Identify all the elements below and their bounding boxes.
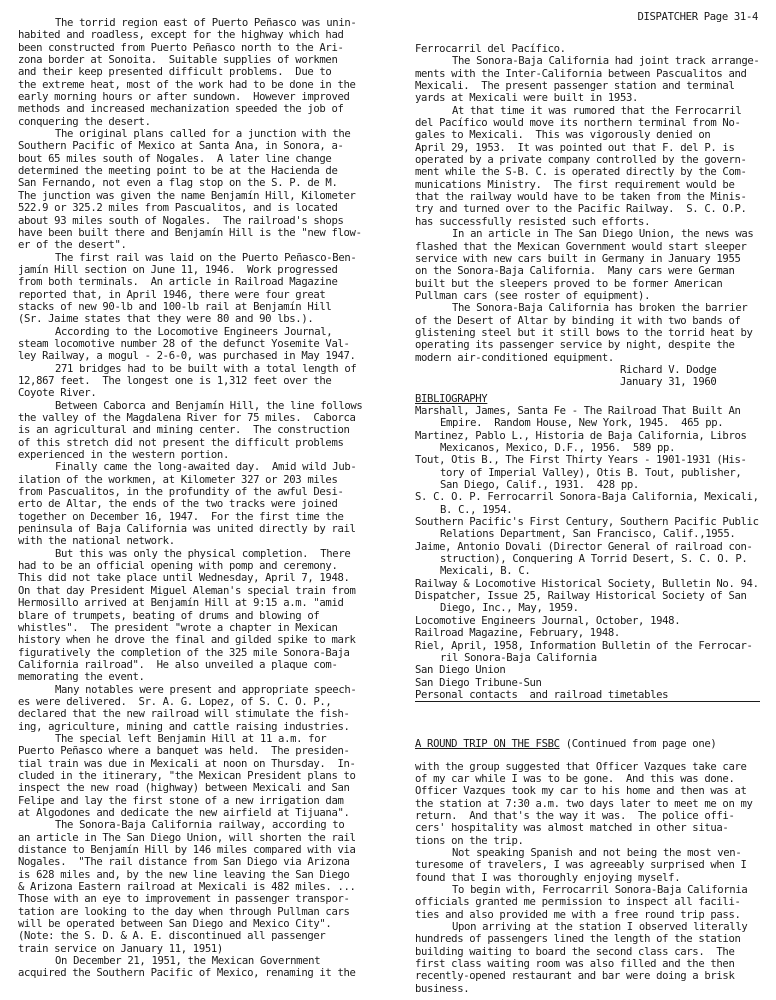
text-line: try and turned over to the Pacific Railw…	[415, 203, 765, 215]
text-line: & Arizona Eastern railroad at Mexicali i…	[18, 881, 388, 893]
text-line: has successfully resisted such efforts.	[415, 216, 765, 228]
bibliography-line: Railroad Magazine, February, 1948.	[415, 627, 760, 639]
text-line: turesome of travelers, I was agreeably s…	[415, 859, 765, 871]
bibliography-entry: San Diego Union	[415, 664, 760, 676]
text-line: and their keep presented difficult probl…	[18, 66, 388, 78]
text-line: gales to Mexicali. This was vigorously d…	[415, 129, 765, 141]
text-line: hundreds of passengers lined the length …	[415, 933, 765, 945]
text-line: stacks of new 90-lb and 100-lb rail at B…	[18, 301, 388, 313]
bibliography-line: Tout, Otis B., The First Thirty Years - …	[415, 454, 760, 466]
text-line: train service on January 11, 1951)	[18, 943, 388, 955]
text-line: The Sonora-Baja California has broken th…	[415, 302, 765, 314]
text-line: In an article in The San Diego Union, th…	[415, 228, 765, 240]
section-subtitle: (Continued from page one)	[560, 738, 717, 750]
bibliography-line: Mexicanos, Mexico, D.F., 1956. 589 pp.	[415, 442, 760, 454]
article-continuation: Ferrocarril del Pacífico.The Sonora-Baja…	[415, 43, 765, 364]
bibliography-entry: Tout, Otis B., The First Thirty Years - …	[415, 454, 760, 491]
text-line: built but the sleepers proved to be form…	[415, 278, 765, 290]
text-line: Puerto Peñasco where a banquet was held.…	[18, 745, 388, 757]
bibliography-line: Jaime, Antonio Dovali (Director General …	[415, 541, 760, 553]
document-page: DISPATCHER Page 31-4 The torrid region e…	[0, 0, 776, 1000]
bibliography-line: Empire. Random House, New York, 1945. 46…	[415, 417, 760, 429]
text-line: operating its passenger service by night…	[415, 339, 765, 351]
text-line: inspect the new road (highway) between M…	[18, 782, 388, 794]
text-line: To begin with, Ferrocarril Sonora-Baja C…	[415, 884, 765, 896]
text-line: ing, agriculture, mining and cattle rais…	[18, 721, 388, 733]
bibliography-entry: Railroad Magazine, February, 1948.	[415, 627, 760, 639]
bibliography-line: Martinez, Pablo L., Historia de Baja Cal…	[415, 430, 760, 442]
text-line: The original plans called for a junction…	[18, 128, 388, 140]
text-line: found that I was thoroughly enjoying mys…	[415, 872, 765, 884]
continued-section-body: with the group suggested that Officer Va…	[415, 761, 765, 996]
text-line: er of the desert".	[18, 239, 388, 251]
bibliography-line: San Diego Tribune-Sun	[415, 677, 760, 689]
bibliography-line: Railway & Locomotive Historical Society,…	[415, 578, 760, 590]
text-line: zona border at Sonoita. Suitable supplie…	[18, 54, 388, 66]
bibliography-entry: Riel, April, 1958, Information Bulletin …	[415, 640, 760, 665]
text-line: The special left Benjamin Hill at 11 a.m…	[18, 733, 388, 745]
text-line: ment while the S-B. C. is operated direc…	[415, 166, 765, 178]
bibliography-line: Riel, April, 1958, Information Bulletin …	[415, 640, 760, 652]
text-line: Those with an eye to improvement in pass…	[18, 893, 388, 905]
text-line: April 29, 1953. It was pointed out that …	[415, 142, 765, 154]
text-line: 12,867 feet. The longest one is 1,312 fe…	[18, 375, 388, 387]
bibliography-line: San Diego, Calif., 1931. 428 pp.	[415, 479, 760, 491]
text-line: This did not take place until Wednesday,…	[18, 572, 388, 584]
text-line: had to be an official opening with pomp …	[18, 560, 388, 572]
text-line: the valley of the Magdalena River for 75…	[18, 412, 388, 424]
bibliography-entry: San Diego Tribune-Sun	[415, 677, 760, 689]
text-line: Upon arriving at the station I observed …	[415, 921, 765, 933]
text-line: is an agricultural and mining center. Th…	[18, 424, 388, 436]
text-line: on the Sonora-Baja California. Many cars…	[415, 265, 765, 277]
text-line: (Note: the S. D. & A. E. discontinued al…	[18, 930, 388, 942]
text-line: from both terminals. An article in Railr…	[18, 276, 388, 288]
text-line: ley Railway, a mogul - 2-6-0, was purcha…	[18, 350, 388, 362]
text-line: operated by a private company controlled…	[415, 154, 765, 166]
bibliography: BIBLIOGRAPHY Marshall, James, Santa Fe -…	[415, 393, 765, 703]
bibliography-line: B. C., 1954.	[415, 504, 760, 516]
text-line: bout 65 miles south of Nogales. A later …	[18, 153, 388, 165]
text-line: with the national network.	[18, 535, 388, 547]
bibliography-list: Marshall, James, Santa Fe - The Railroad…	[415, 405, 760, 702]
text-line: Pullman cars (see roster of equipment).	[415, 290, 765, 302]
text-line: munications Ministry. The first requirem…	[415, 179, 765, 191]
text-line: declared that the new railroad will stim…	[18, 708, 388, 720]
text-line: California railroad". He also unveiled a…	[18, 659, 388, 671]
text-line: will be operated between San Diego and M…	[18, 918, 388, 930]
text-line: Nogales. "The rail distance from San Die…	[18, 856, 388, 868]
text-line: of my car while I was to be gone. And th…	[415, 773, 765, 785]
text-line: the extreme heat, most of the work had t…	[18, 79, 388, 91]
text-line: San Fernando, not even a flag stop on th…	[18, 177, 388, 189]
bibliography-line: Diego, Inc., May, 1959.	[415, 602, 760, 614]
bibliography-entry: Railway & Locomotive Historical Society,…	[415, 578, 760, 590]
text-line: Officer Vazques took my car to his home …	[415, 785, 765, 797]
text-line: conquering the desert.	[18, 116, 388, 128]
text-line: (Sr. Jaime states that they were 80 and …	[18, 313, 388, 325]
signature-author: Richard V. Dodge	[415, 364, 765, 376]
text-line: at Algodones and dedicate the new airfie…	[18, 807, 388, 819]
text-line: The torrid region east of Puerto Peñasco…	[18, 17, 388, 29]
text-line: been constructed from Puerto Peñasco nor…	[18, 42, 388, 54]
bibliography-line: San Diego Union	[415, 664, 760, 676]
text-line: have been built there and Benjamín Hill …	[18, 227, 388, 239]
text-line: determined the meeting point to be at th…	[18, 165, 388, 177]
bibliography-line: Personal contacts and railroad timetable…	[415, 689, 760, 701]
text-line: of this stretch did not present the diff…	[18, 437, 388, 449]
text-line: According to the Locomotive Engineers Jo…	[18, 326, 388, 338]
bibliography-line: S. C. O. P. Ferrocarril Sonora-Baja Cali…	[415, 491, 760, 503]
text-line: But this was only the physical completio…	[18, 548, 388, 560]
bibliography-line: struction), Conquering A Torrid Desert, …	[415, 553, 760, 565]
text-line: history when he drove the final and gild…	[18, 634, 388, 646]
bibliography-entry: Locomotive Engineers Journal, October, 1…	[415, 615, 760, 627]
text-line: recently-opened restaurant and bar were …	[415, 970, 765, 982]
text-line: Not speaking Spanish and not being the m…	[415, 847, 765, 859]
continued-section-heading: A ROUND TRIP ON THE FSBC (Continued from…	[415, 738, 765, 750]
text-line: At that time it was rumored that the Fer…	[415, 105, 765, 117]
text-line: modern air-conditioned equipment.	[415, 352, 765, 364]
bibliography-entry: Martinez, Pablo L., Historia de Baja Cal…	[415, 430, 760, 455]
bibliography-entry: Dispatcher, Issue 25, Railway Historical…	[415, 590, 760, 615]
text-line: officials granted me permission to inspe…	[415, 896, 765, 908]
text-line: Ferrocarril del Pacífico.	[415, 43, 765, 55]
text-line: blare of trumpets, beating of drums and …	[18, 610, 388, 622]
bibliography-entry: Personal contacts and railroad timetable…	[415, 689, 760, 701]
bibliography-line: Mexicali, B. C.	[415, 565, 760, 577]
text-line: memorating the event.	[18, 671, 388, 683]
text-line: acquired the Southern Pacific of Mexico,…	[18, 967, 388, 979]
bibliography-line: Marshall, James, Santa Fe - The Railroad…	[415, 405, 760, 417]
text-line: flashed that the Mexican Government woul…	[415, 241, 765, 253]
text-line: is 628 miles and, by the new line leavin…	[18, 869, 388, 881]
text-line: Many notables were present and appropria…	[18, 684, 388, 696]
text-line: tial train was due in Mexicali at noon o…	[18, 758, 388, 770]
text-line: figuratively the completion of the 325 m…	[18, 647, 388, 659]
bibliography-line: Relations Department, San Francisco, Cal…	[415, 528, 760, 540]
text-line: methods and increased mechanization spee…	[18, 103, 388, 115]
text-line: service with new cars built in Germany i…	[415, 253, 765, 265]
bibliography-entry: Marshall, James, Santa Fe - The Railroad…	[415, 405, 760, 430]
bibliography-title: BIBLIOGRAPHY	[415, 393, 765, 405]
text-line: The Sonora-Baja California had joint tra…	[415, 55, 765, 67]
running-head: DISPATCHER Page 31-4	[637, 11, 758, 23]
text-line: business.	[415, 983, 765, 995]
text-line: habited and roadless, except for the hig…	[18, 29, 388, 41]
text-line: with the group suggested that Officer Va…	[415, 761, 765, 773]
text-line: The first rail was laid on the Puerto Pe…	[18, 252, 388, 264]
text-line: an article in The San Diego Union, will …	[18, 832, 388, 844]
text-line: cers' hospitality was almost matched in …	[415, 822, 765, 834]
text-line: steam locomotive number 28 of the defunc…	[18, 338, 388, 350]
text-line: the station at 7:30 a.m. two days later …	[415, 798, 765, 810]
bibliography-entry: Jaime, Antonio Dovali (Director General …	[415, 541, 760, 578]
text-line: ties and also provided me with a free ro…	[415, 909, 765, 921]
text-line: together on December 16, 1947. For the f…	[18, 511, 388, 523]
text-line: Felipe and lay the first stone of a new …	[18, 795, 388, 807]
text-line: The junction was given the name Benjamín…	[18, 190, 388, 202]
text-line: distance to Benjamín Hill by 146 miles c…	[18, 844, 388, 856]
bibliography-line: ril Sonora-Baja California	[415, 652, 760, 664]
text-line: yards at Mexicali were built in 1953.	[415, 92, 765, 104]
text-line: Finally came the long-awaited day. Amid …	[18, 461, 388, 473]
text-line: tation are looking to the day when throu…	[18, 906, 388, 918]
text-line: about 93 miles south of Nogales. The rai…	[18, 215, 388, 227]
text-line: Mexicali. The present passenger station …	[415, 80, 765, 92]
text-line: Between Caborca and Benjamín Hill, the l…	[18, 400, 388, 412]
text-line: Hermosillo arrived at Benjamín Hill at 9…	[18, 597, 388, 609]
text-line: del Pacífico would move its northern ter…	[415, 117, 765, 129]
text-line: The Sonora-Baja California railway, acco…	[18, 819, 388, 831]
bibliography-entry: Southern Pacific's First Century, Southe…	[415, 516, 760, 541]
signature-date: January 31, 1960	[415, 376, 765, 388]
text-line: 522.9 or 325.2 miles from Pascualitos, a…	[18, 202, 388, 214]
text-line: jamín Hill section on June 11, 1946. Wor…	[18, 264, 388, 276]
text-line: early morning hours or after sundown. Ho…	[18, 91, 388, 103]
left-column: The torrid region east of Puerto Peñasco…	[18, 17, 388, 980]
text-line: Southern Pacific of Mexico at Santa Ana,…	[18, 140, 388, 152]
section-title: A ROUND TRIP ON THE FSBC	[415, 738, 560, 750]
text-line: return. And that's the way it was. The p…	[415, 810, 765, 822]
bibliography-line: tory of Imperial Valley), Otis B. Tout, …	[415, 467, 760, 479]
text-line: Coyote River.	[18, 387, 388, 399]
text-line: ilation of the workmen, at Kilometer 327…	[18, 474, 388, 486]
text-line: experienced in the western portion.	[18, 449, 388, 461]
text-line: building waiting to board the second cla…	[415, 946, 765, 958]
text-line: tions on the trip.	[415, 835, 765, 847]
text-line: from Pascualitos, in the profundity of t…	[18, 486, 388, 498]
text-line: On December 21, 1951, the Mexican Govern…	[18, 955, 388, 967]
text-line: reported that, in April 1946, there were…	[18, 289, 388, 301]
text-line: whistles". The president "wrote a chapte…	[18, 622, 388, 634]
text-line: On that day President Miguel Aleman's sp…	[18, 585, 388, 597]
text-line: 271 bridges had to be built with a total…	[18, 363, 388, 375]
bibliography-line: Dispatcher, Issue 25, Railway Historical…	[415, 590, 760, 602]
right-column: Ferrocarril del Pacífico.The Sonora-Baja…	[415, 43, 765, 995]
text-line: erto de Altar, the ends of the two track…	[18, 498, 388, 510]
signature-block: Richard V. Dodge January 31, 1960	[415, 364, 765, 389]
text-line: ments with the Inter-California between …	[415, 68, 765, 80]
text-line: first class waiting room was also filled…	[415, 958, 765, 970]
text-line: es were delivered. Sr. A. G. Lopez, of S…	[18, 696, 388, 708]
bibliography-line: Southern Pacific's First Century, Southe…	[415, 516, 760, 528]
text-line: glistening steel but it still bows to th…	[415, 327, 765, 339]
text-line: of the Desert of Altar by binding it wit…	[415, 315, 765, 327]
text-line: peninsula of Baja California was united …	[18, 523, 388, 535]
text-line: that the railway would have to be taken …	[415, 191, 765, 203]
text-line: cluded in the itinerary, "the Mexican Pr…	[18, 770, 388, 782]
bibliography-line: Locomotive Engineers Journal, October, 1…	[415, 615, 760, 627]
bibliography-entry: S. C. O. P. Ferrocarril Sonora-Baja Cali…	[415, 491, 760, 516]
